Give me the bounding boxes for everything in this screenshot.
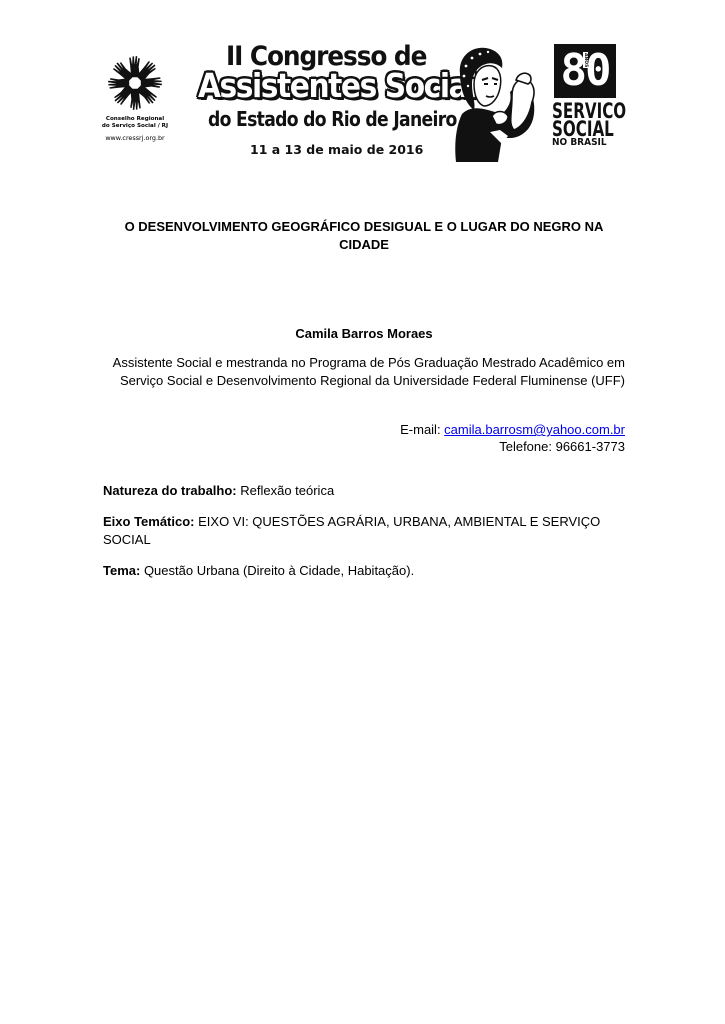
eixo-field: Eixo Temático: EIXO VI: QUESTÕES AGRÁRIA… — [103, 513, 625, 549]
anniversary-line3: NO BRASIL — [552, 137, 617, 149]
cress-logo: Conselho Regional do Serviço Social / RJ… — [100, 52, 170, 152]
author-name: Camila Barros Moraes — [103, 325, 625, 343]
email-line: E-mail: camila.barrosm@yahoo.com.br — [103, 421, 625, 438]
phone-label: Telefone: — [499, 439, 555, 454]
congress-banner: II Congresso de Assistentes Sociais do E… — [196, 42, 446, 167]
cress-name: Conselho Regional do Serviço Social / RJ — [100, 116, 170, 129]
eixo-label: Eixo Temático: — [103, 514, 195, 529]
tema-label: Tema: — [103, 563, 140, 578]
email-link[interactable]: camila.barrosm@yahoo.com.br — [444, 422, 625, 437]
tema-value: Questão Urbana (Direito à Cidade, Habita… — [140, 563, 414, 578]
email-label: E-mail: — [400, 422, 444, 437]
phone-value: 96661-3773 — [556, 439, 625, 454]
cress-name-line2: do Serviço Social / RJ — [100, 123, 170, 130]
anniversary-badge: 80 ANOS SERVICO SOCIAL NO BRASIL — [552, 44, 624, 160]
congress-line3: do Estado do Rio de Janeiro — [208, 108, 457, 130]
rosie-illustration-icon — [452, 44, 548, 162]
tema-field: Tema: Questão Urbana (Direito à Cidade, … — [103, 562, 625, 580]
natureza-label: Natureza do trabalho: — [103, 483, 237, 498]
paper-title: O DESENVOLVIMENTO GEOGRÁFICO DESIGUAL E … — [103, 218, 625, 254]
phone-line: Telefone: 96661-3773 — [103, 438, 625, 455]
hands-circle-icon — [106, 52, 164, 114]
author-affiliation: Assistente Social e mestranda no Program… — [103, 354, 625, 390]
anniversary-anos-label: ANOS — [583, 52, 588, 68]
anniversary-number-box: 80 ANOS — [554, 44, 616, 98]
congress-line2: Assistentes Sociais — [198, 68, 492, 104]
congress-dates: 11 a 13 de maio de 2016 — [250, 142, 423, 158]
natureza-value: Reflexão teórica — [237, 483, 335, 498]
natureza-field: Natureza do trabalho: Reflexão teórica — [103, 482, 625, 500]
cress-name-line1: Conselho Regional — [100, 116, 170, 123]
contact-block: E-mail: camila.barrosm@yahoo.com.br Tele… — [103, 421, 625, 455]
anniversary-line2: SOCIAL — [552, 120, 604, 138]
cress-url: www.cressrj.org.br — [100, 134, 170, 142]
